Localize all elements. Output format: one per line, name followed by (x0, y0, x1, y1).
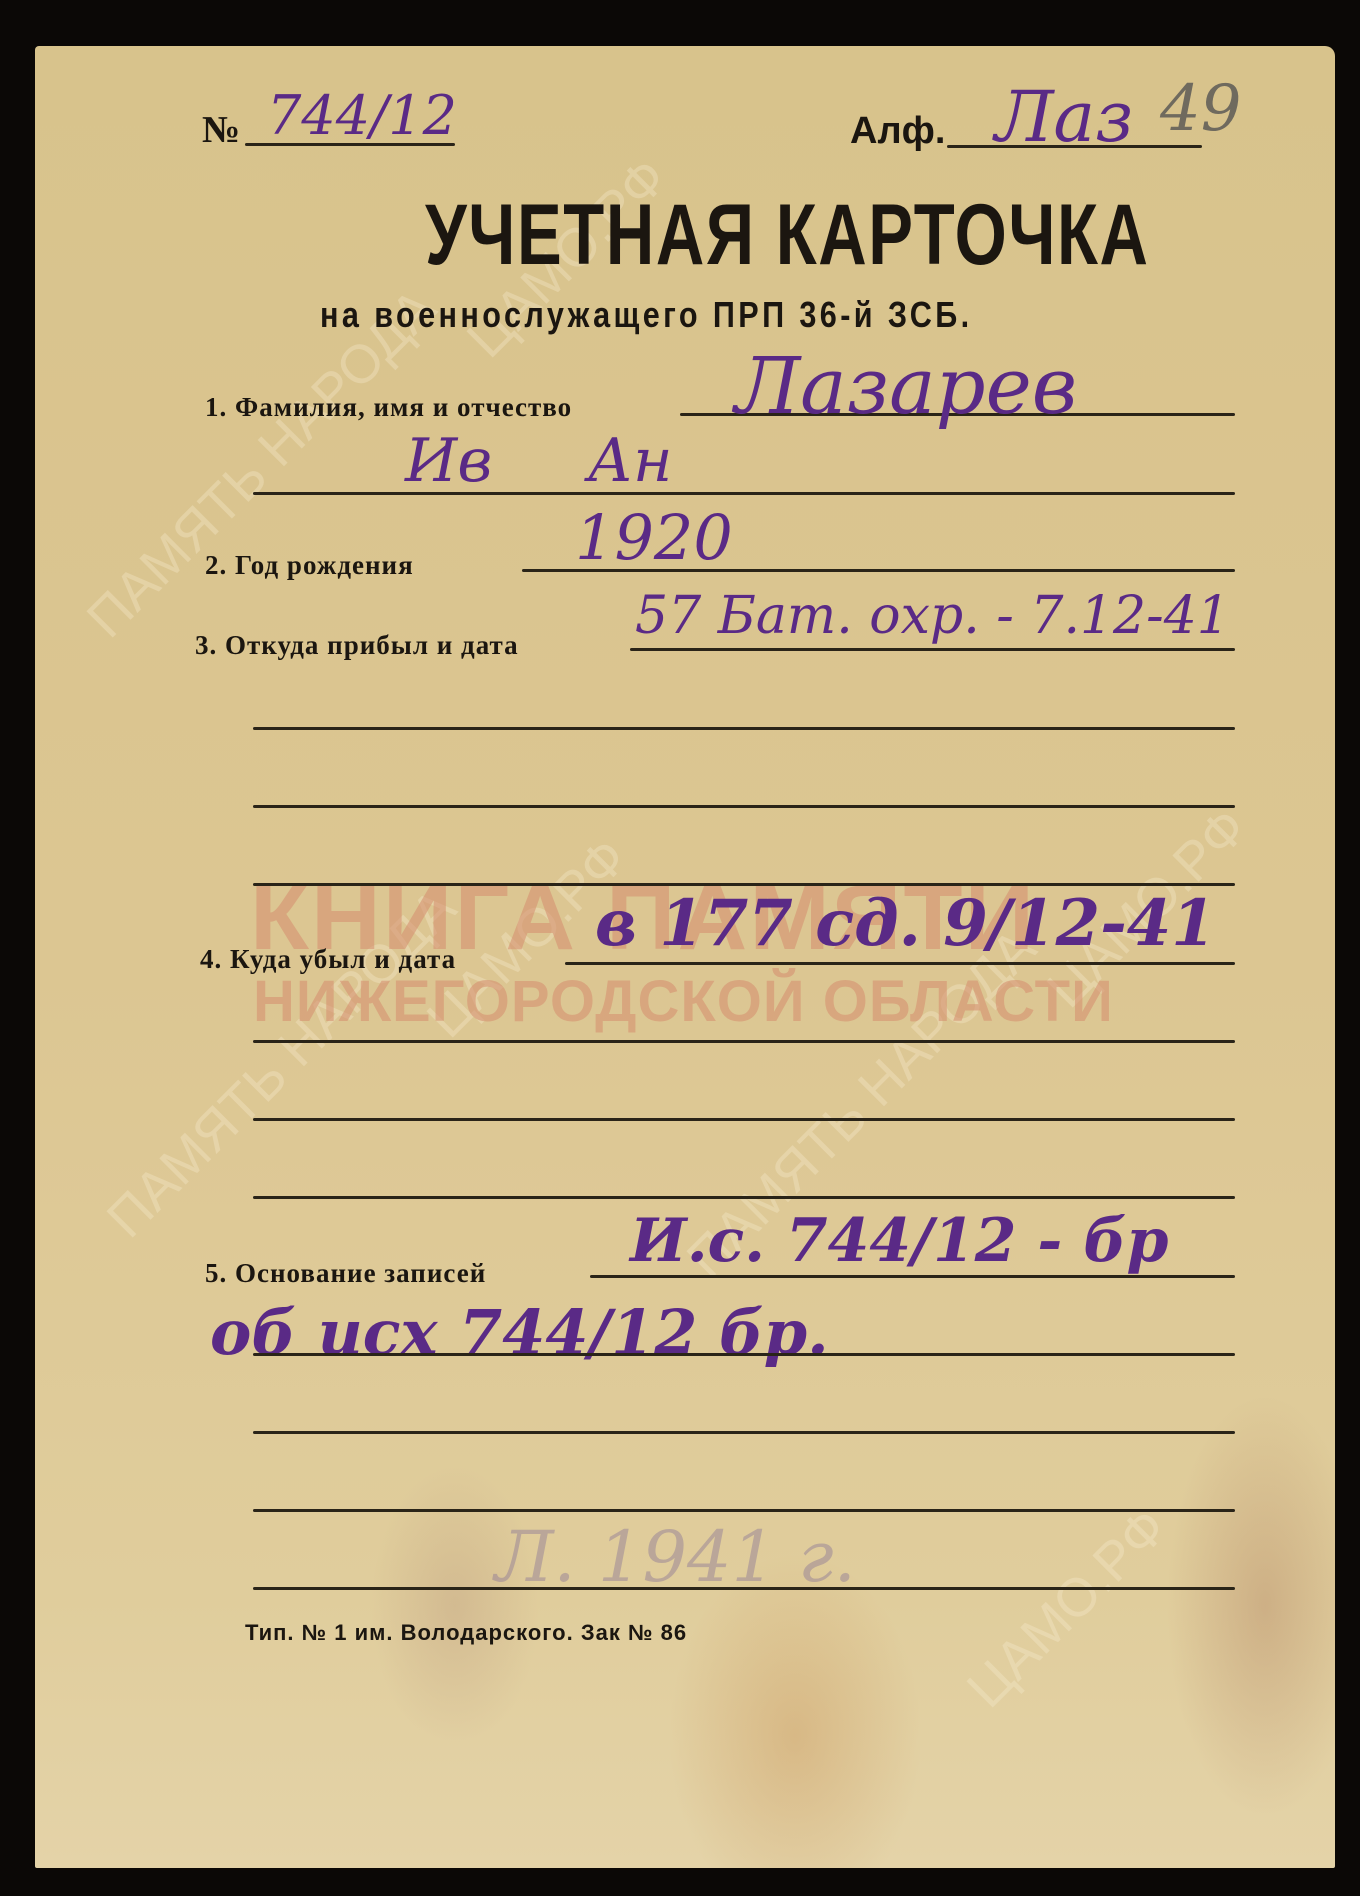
card-title: УЧЕТНАЯ КАРТОЧКА (425, 186, 1150, 285)
field-label-basis: 5. Основание записей (205, 1258, 486, 1289)
field-value-birth-year: 1920 (575, 501, 733, 574)
alf-value: Лаз (995, 76, 1133, 158)
field-label-arrived-from: 3. Откуда прибыл и дата (195, 630, 519, 661)
field-label-birth-year: 2. Год рождения (205, 550, 414, 581)
field-value-departed-to: в 177 сд. 9/12-41 (595, 886, 1216, 961)
card-subtitle: на военнослужащего ПРП 36-й ЗСБ. (320, 294, 973, 336)
record-card: ПАМЯТЬ НАРОДА ПАМЯТЬ НАРОДА ПАМЯТЬ НАРОД… (35, 46, 1335, 1868)
number-label: № (202, 108, 240, 152)
watermark-oblast: НИЖЕГОРОДСКОЙ ОБЛАСТИ (253, 968, 1114, 1035)
field-label-departed-to: 4. Куда убыл и дата (200, 944, 456, 975)
field-label-full-name: 1. Фамилия, имя и отчество (205, 392, 572, 423)
card-number: 744/12 (267, 84, 457, 147)
field-value-initials: Ив Ан (405, 426, 673, 496)
field-value-basis-line2: об исх 744/12 бр. (210, 1296, 829, 1369)
alf-index: 49 (1160, 72, 1241, 146)
field-value-surname: Лазарев (735, 342, 1077, 432)
faded-stamp-note: Л. 1941 г. (495, 1516, 856, 1598)
field-value-basis: И.с. 744/12 - бр (630, 1206, 1169, 1276)
alf-label: Алф. (850, 110, 945, 153)
field-value-arrived-from: 57 Бат. охр. - 7.12-41 (635, 586, 1230, 646)
watermark-tsamo: ЦАМО.РФ (955, 1496, 1179, 1720)
printer-imprint: Тип. № 1 им. Володарского. Зак № 86 (245, 1620, 687, 1646)
